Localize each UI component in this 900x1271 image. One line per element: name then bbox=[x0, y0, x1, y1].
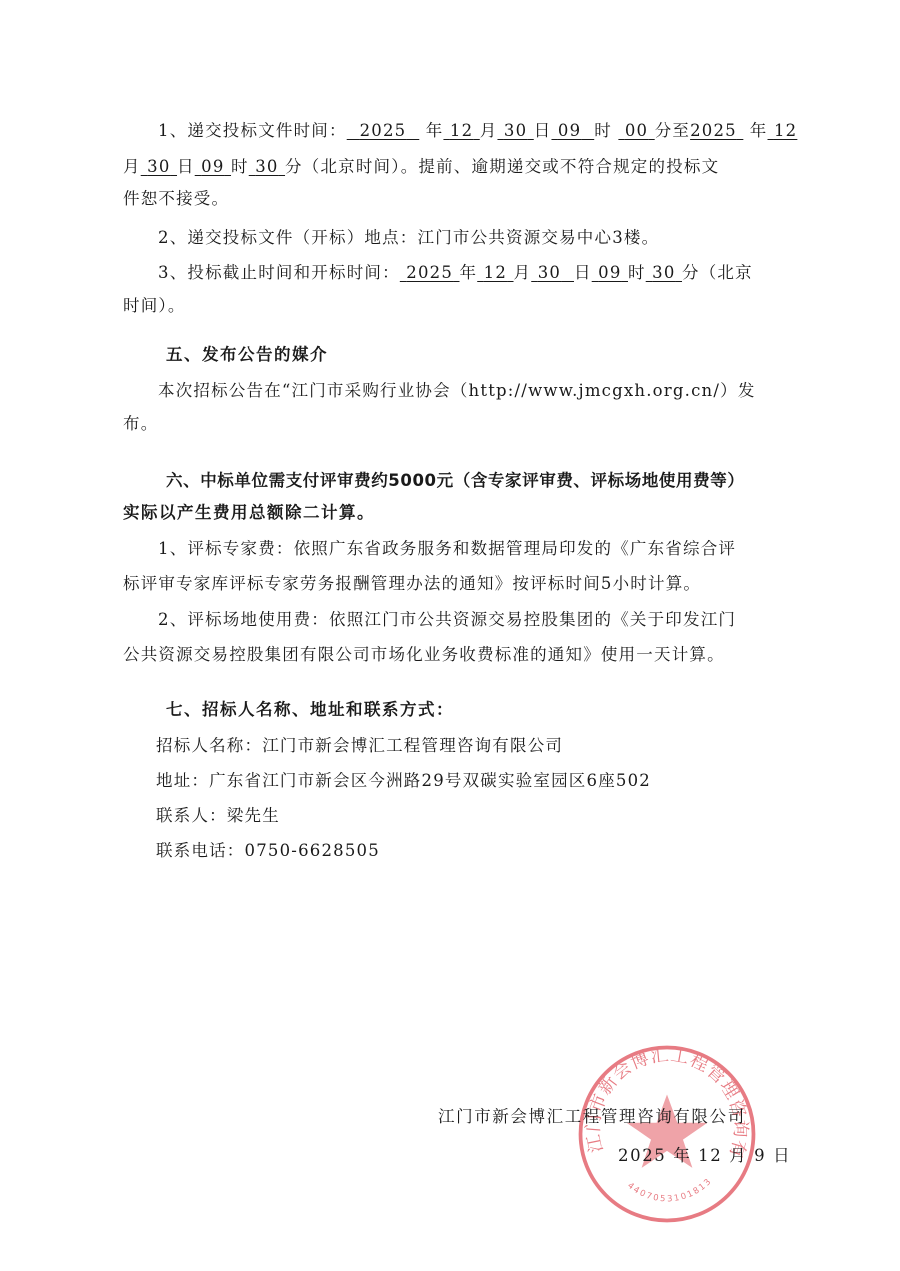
start-minute: 00 bbox=[618, 121, 654, 140]
day-unit: 日 bbox=[534, 121, 552, 140]
day-unit: 日 bbox=[177, 157, 195, 176]
hour-unit: 时 bbox=[628, 263, 646, 282]
start-day: 30 bbox=[497, 121, 533, 140]
submission-location: 2、递交投标文件（开标）地点：江门市公共资源交易中心3楼。 bbox=[158, 228, 659, 248]
submission-time-line3: 件恕不接受。 bbox=[123, 189, 229, 209]
label: 3、投标截止时间和开标时间： bbox=[158, 263, 400, 282]
contact-person: 联系人：梁先生 bbox=[156, 806, 280, 826]
start-month: 12 bbox=[443, 121, 479, 140]
submission-time-line2: 月 30 日 09 时 30 分（北京时间）。提前、逾期递交或不符合规定的投标文 bbox=[123, 157, 719, 177]
section6-heading-line1: 六、中标单位需支付评审费约5000元（含专家评审费、评标场地使用费等） bbox=[166, 471, 744, 491]
deadline-year: 2025 bbox=[400, 263, 460, 282]
signature-company: 江门市新会博汇工程管理咨询有限公司 bbox=[438, 1103, 746, 1127]
month-unit: 月 bbox=[123, 157, 141, 176]
tail-text: （北京 bbox=[700, 263, 753, 282]
end-hour: 09 bbox=[195, 157, 231, 176]
section5-heading: 五、发布公告的媒介 bbox=[166, 345, 328, 365]
section5-line2: 布。 bbox=[123, 414, 158, 434]
month-unit: 月 bbox=[514, 263, 532, 282]
section7-heading: 七、招标人名称、地址和联系方式： bbox=[166, 700, 454, 720]
official-seal-icon: 江门市新会博汇工程管理咨询有限公司 4407053101813 bbox=[573, 1040, 761, 1228]
start-hour: 09 bbox=[551, 121, 594, 140]
end-day: 30 bbox=[141, 157, 177, 176]
deadline-line1: 3、投标截止时间和开标时间： 2025 年 12 月 30 日 09 时 30 … bbox=[158, 263, 753, 283]
deadline-day: 30 bbox=[531, 263, 574, 282]
tail-text: （北京时间）。提前、逾期递交或不符合规定的投标文 bbox=[303, 157, 720, 176]
minute-unit: 分 bbox=[285, 157, 303, 176]
year-unit: 年 bbox=[460, 263, 478, 282]
end-month: 12 bbox=[768, 121, 798, 140]
contact-phone: 联系电话：0750-6628505 bbox=[156, 841, 380, 861]
end-minute: 30 bbox=[249, 157, 285, 176]
minute-unit: 分 bbox=[682, 263, 700, 282]
deadline-minute: 30 bbox=[646, 263, 682, 282]
minute-unit-to: 分至 bbox=[655, 121, 690, 140]
year-unit: 年 bbox=[426, 121, 444, 140]
deadline-line2: 时间）。 bbox=[123, 296, 186, 316]
start-year: 2025 bbox=[347, 121, 420, 140]
section6-item2-line2: 公共资源交易控股集团有限公司市场化业务收费标准的通知》使用一天计算。 bbox=[123, 645, 725, 665]
section6-heading-line2: 实际以产生费用总额除二计算。 bbox=[123, 503, 375, 523]
month-unit: 月 bbox=[480, 121, 498, 140]
section6-item1-line1: 1、评标专家费：依照广东省政务服务和数据管理局印发的《广东省综合评 bbox=[158, 539, 736, 559]
end-year: 2025 bbox=[690, 121, 743, 140]
deadline-hour: 09 bbox=[592, 263, 628, 282]
section6-item2-line1: 2、评标场地使用费：依照江门市公共资源交易控股集团的《关于印发江门 bbox=[158, 610, 736, 630]
hour-unit: 时 bbox=[594, 121, 612, 140]
section6-item1-line2: 标评审专家库评标专家劳务报酬管理办法的通知》按评标时间5小时计算。 bbox=[123, 574, 701, 594]
svg-text:4407053101813: 4407053101813 bbox=[626, 1175, 714, 1203]
submission-time-line1: 1、递交投标文件时间： 2025 年 12 月 30 日 09 时 00 分至2… bbox=[158, 121, 797, 141]
tenderer-address: 地址：广东省江门市新会区今洲路29号双碳实验室园区6座502 bbox=[156, 771, 651, 791]
year-unit: 年 bbox=[750, 121, 768, 140]
day-unit: 日 bbox=[574, 263, 592, 282]
signature-date: 2025 年 12 月 9 日 bbox=[618, 1142, 791, 1166]
deadline-month: 12 bbox=[477, 263, 513, 282]
label: 1、递交投标文件时间： bbox=[158, 121, 347, 140]
hour-unit: 时 bbox=[231, 157, 249, 176]
tenderer-name: 招标人名称：江门市新会博汇工程管理咨询有限公司 bbox=[156, 736, 563, 756]
section5-line1: 本次招标公告在“江门市采购行业协会（http://www.jmcgxh.org.… bbox=[158, 381, 756, 401]
